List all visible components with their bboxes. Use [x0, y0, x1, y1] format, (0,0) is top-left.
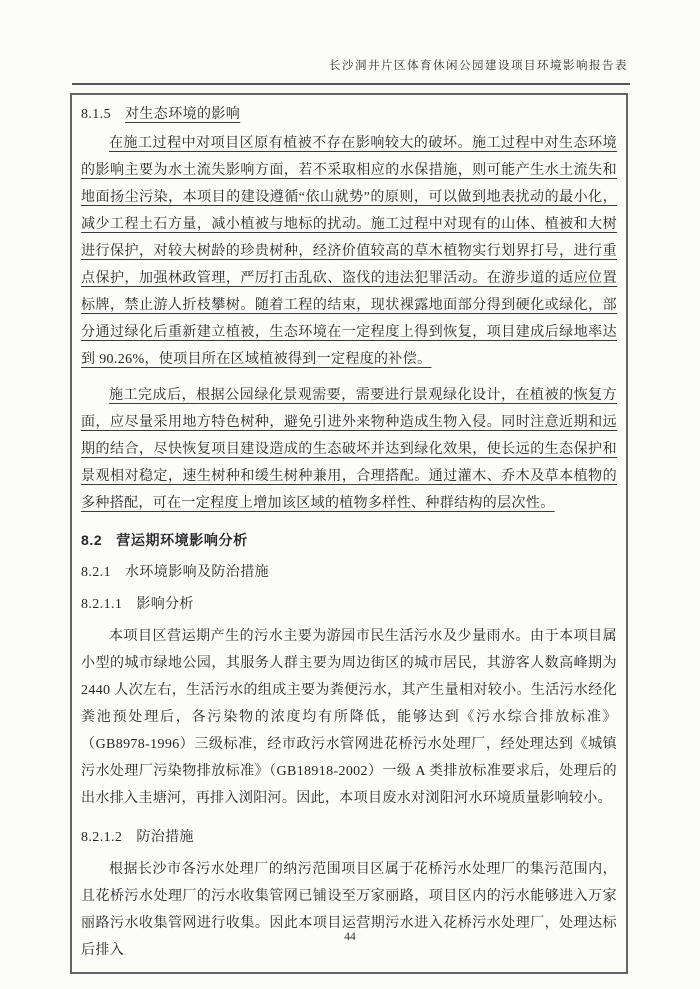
- section-title: 水环境影响及防治措施: [125, 565, 269, 580]
- section-number: 8.2.1.2: [81, 830, 122, 845]
- section-heading-8-2-1-2: 8.2.1.2防治措施: [81, 824, 617, 851]
- section-heading-8-1-5: 8.1.5对生态环境的影响: [81, 101, 617, 128]
- running-header-title: 长沙洞井片区体育休闲公园建设项目环境影响报告表: [329, 57, 628, 73]
- section-number: 8.2.1: [81, 565, 111, 580]
- paragraph-wastewater-impact: 本项目区营运期产生的污水主要为游园市民生活污水及少量雨水。由于本项目属小型的城市…: [81, 623, 617, 812]
- page-number: 44: [0, 931, 700, 943]
- section-title: 影响分析: [136, 597, 194, 612]
- paragraph-wastewater-measures: 根据长沙市各污水处理厂的纳污范围项目区属于花桥污水处理厂的集污范围内，且花桥污水…: [81, 856, 617, 964]
- section-title: 营运期环境影响分析: [116, 532, 247, 548]
- section-number: 8.1.5: [81, 107, 111, 122]
- section-number: 8.2: [81, 532, 102, 548]
- paragraph-construction-ecology: 在施工过程中对项目区原有植被不存在影响较大的破坏。施工过程中对生态环境的影响主要…: [81, 130, 617, 373]
- document-page: 长沙洞井片区体育休闲公园建设项目环境影响报告表 8.1.5对生态环境的影响 在施…: [0, 0, 700, 989]
- section-title: 对生态环境的影响: [125, 107, 240, 122]
- header-rule: [72, 83, 630, 85]
- section-title: 防治措施: [136, 830, 194, 845]
- section-heading-8-2: 8.2营运期环境影响分析: [81, 527, 617, 554]
- paragraph-post-construction-greening: 施工完成后，根据公园绿化景观需要，需要进行景观绿化设计，在植被的恢复方面，应尽量…: [81, 382, 617, 517]
- section-heading-8-2-1-1: 8.2.1.1影响分析: [81, 591, 617, 618]
- section-number: 8.2.1.1: [81, 597, 122, 612]
- section-heading-8-2-1: 8.2.1水环境影响及防治措施: [81, 559, 617, 586]
- content-box: 8.1.5对生态环境的影响 在施工过程中对项目区原有植被不存在影响较大的破坏。施…: [70, 93, 628, 974]
